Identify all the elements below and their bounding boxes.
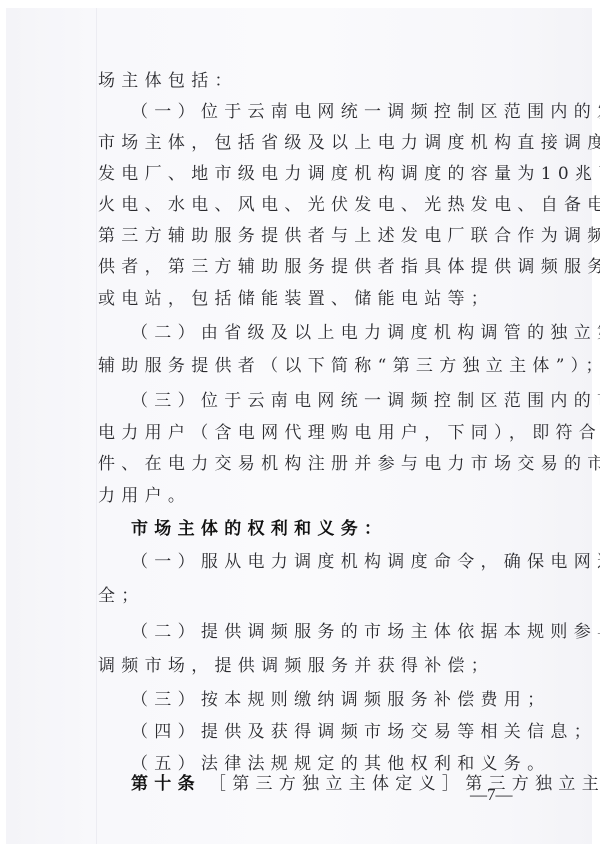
text-line: （四）提供及获得调频市场交易等相关信息； [131, 721, 597, 743]
text-line: 场主体包括： [98, 70, 238, 92]
text-line: （二）由省级及以上电力调度机构调管的独立第三方 [131, 322, 600, 344]
section-heading: 市场主体的权利和义务： [131, 518, 387, 540]
article-10-line: 第十条［第三方独立主体定义］第三方独立主体指满 [131, 773, 600, 795]
text-line: 第三方辅助服务提供者与上述发电厂联合作为调频服务提 [98, 225, 600, 247]
text-line: （二）提供调频服务的市场主体依据本规则参与云南 [131, 621, 600, 643]
text-line: 或电站，包括储能装置、储能电站等； [98, 288, 494, 310]
text-line: 件、在电力交易机构注册并参与电力市场交易的市场化电 [98, 453, 600, 475]
text-line: 火电、水电、风电、光伏发电、光热发电、自备电厂等； [98, 194, 600, 216]
article-label: 第十条 [131, 774, 201, 794]
text-line: 全； [98, 585, 145, 607]
text-line: 市场主体，包括省级及以上电力调度机构直接调度的并网 [98, 132, 600, 154]
text-line: （三）按本规则缴纳调频服务补偿费用； [131, 689, 550, 711]
page-edge-line [96, 8, 97, 844]
text-line: 调频市场，提供调频服务并获得补偿； [98, 655, 494, 677]
text-line: 供者，第三方辅助服务提供者指具体提供调频服务的装置 [98, 256, 600, 278]
text-line: （三）位于云南电网统一调频控制区范围内的市场化 [131, 390, 600, 412]
text-line: 辅助服务提供者（以下简称“第三方独立主体”）； [98, 355, 600, 377]
article-text: ［第三方独立主体定义］第三方独立主体指满 [209, 774, 600, 794]
text-line: 力用户。 [98, 485, 191, 507]
text-line: 发电厂、地市级电力调度机构调度的容量为10兆瓦及以上 [98, 163, 600, 185]
page-number: —7— [470, 785, 513, 805]
text-line: （一）服从电力调度机构调度命令，确保电网运行安 [131, 551, 600, 573]
text-line: （一）位于云南电网统一调频控制区范围内的发电侧 [131, 101, 600, 123]
text-line: （五）法律法规规定的其他权利和义务。 [131, 753, 550, 775]
text-line: 电力用户（含电网代理购电用户，下同），即符合准入条 [98, 422, 600, 444]
